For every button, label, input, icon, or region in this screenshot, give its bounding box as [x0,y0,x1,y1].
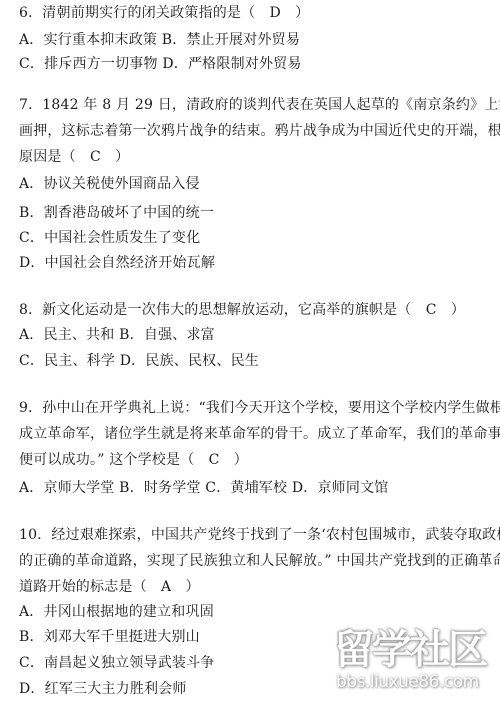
question-8-options-line-1: A．民主、共和 B．自强、求富 [19,326,215,344]
question-7-option-b: B．割香港岛破坏了中国的统一 [19,204,214,222]
question-7-option-c: C．中国社会性质发生了变化 [19,229,200,247]
question-9-options-line-1: A．京师大学堂 B．时务学堂 C．黄埔军校 D．京师同文馆 [19,479,388,497]
question-10-stem-line-3: 道路开始的标志是（ A ） [19,578,200,596]
question-6-options-line-1: A．实行重本抑末政策 B．禁止开展对外贸易 [19,31,300,49]
question-8-stem-line-1: 8．新文化运动是一次伟大的思想解放运动，它高举的旗帜是（ C ） [19,301,465,319]
question-7-option-d: D．中国社会自然经济开始瓦解 [19,254,215,272]
question-10-option-c: C．南昌起义独立领导武装斗争 [19,654,215,672]
question-10-option-d: D．红军三大主力胜利会师 [19,680,187,698]
watermark-url: bbs.liuxue86.com [336,672,479,692]
question-7-stem-line-1: 7．1842 年 8 月 29 日，清政府的谈判代表在英国人起草的《南京条约》上… [19,96,500,114]
question-6-options-line-2: C．排斥西方一切事物 D．严格限制对外贸易 [19,55,302,73]
question-8-options-line-2: C．民主、科学 D．民族、民权、民生 [19,352,259,370]
question-7-option-a: A．协议关税使外国商品入侵 [19,175,200,193]
question-9-stem-line-1: 9．孙中山在开学典礼上说：“我们今天开这个学校，要用这个学校内学生做根本， [19,399,500,417]
watermark-title: 留学社区 [334,628,486,672]
question-10-option-b: B．刘邓大军千里挺进大别山 [19,628,200,646]
question-10-option-a: A．井冈山根据地的建立和巩固 [19,603,214,621]
question-9-stem-line-2: 成立革命军，诸位学生就是将来革命军的骨干。成立了革命军，我们的革命事业 [19,425,500,443]
question-9-stem-line-3: 便可以成功。” 这个学校是（ C ） [19,451,248,469]
question-10-stem-line-2: 的正确的革命道路，实现了民族独立和人民解放。” 中国共产党找到的正确革命 [19,552,500,570]
question-7-stem-line-2: 画押，这标志着第一次鸦片战争的结束。鸦片战争成为中国近代史的开端，根本 [19,122,500,140]
question-7-stem-line-3: 原因是（ C ） [19,148,129,166]
question-6-stem-line-1: 6．清朝前期实行的闭关政策指的是（ D ） [19,4,309,22]
question-10-stem-line-1: 10．经过艰难探索，中国共产党终于找到了一条‘农村包围城市，武装夺取政权 [19,526,500,544]
watermark: 留学社区 bbs.liuxue86.com [330,628,490,698]
